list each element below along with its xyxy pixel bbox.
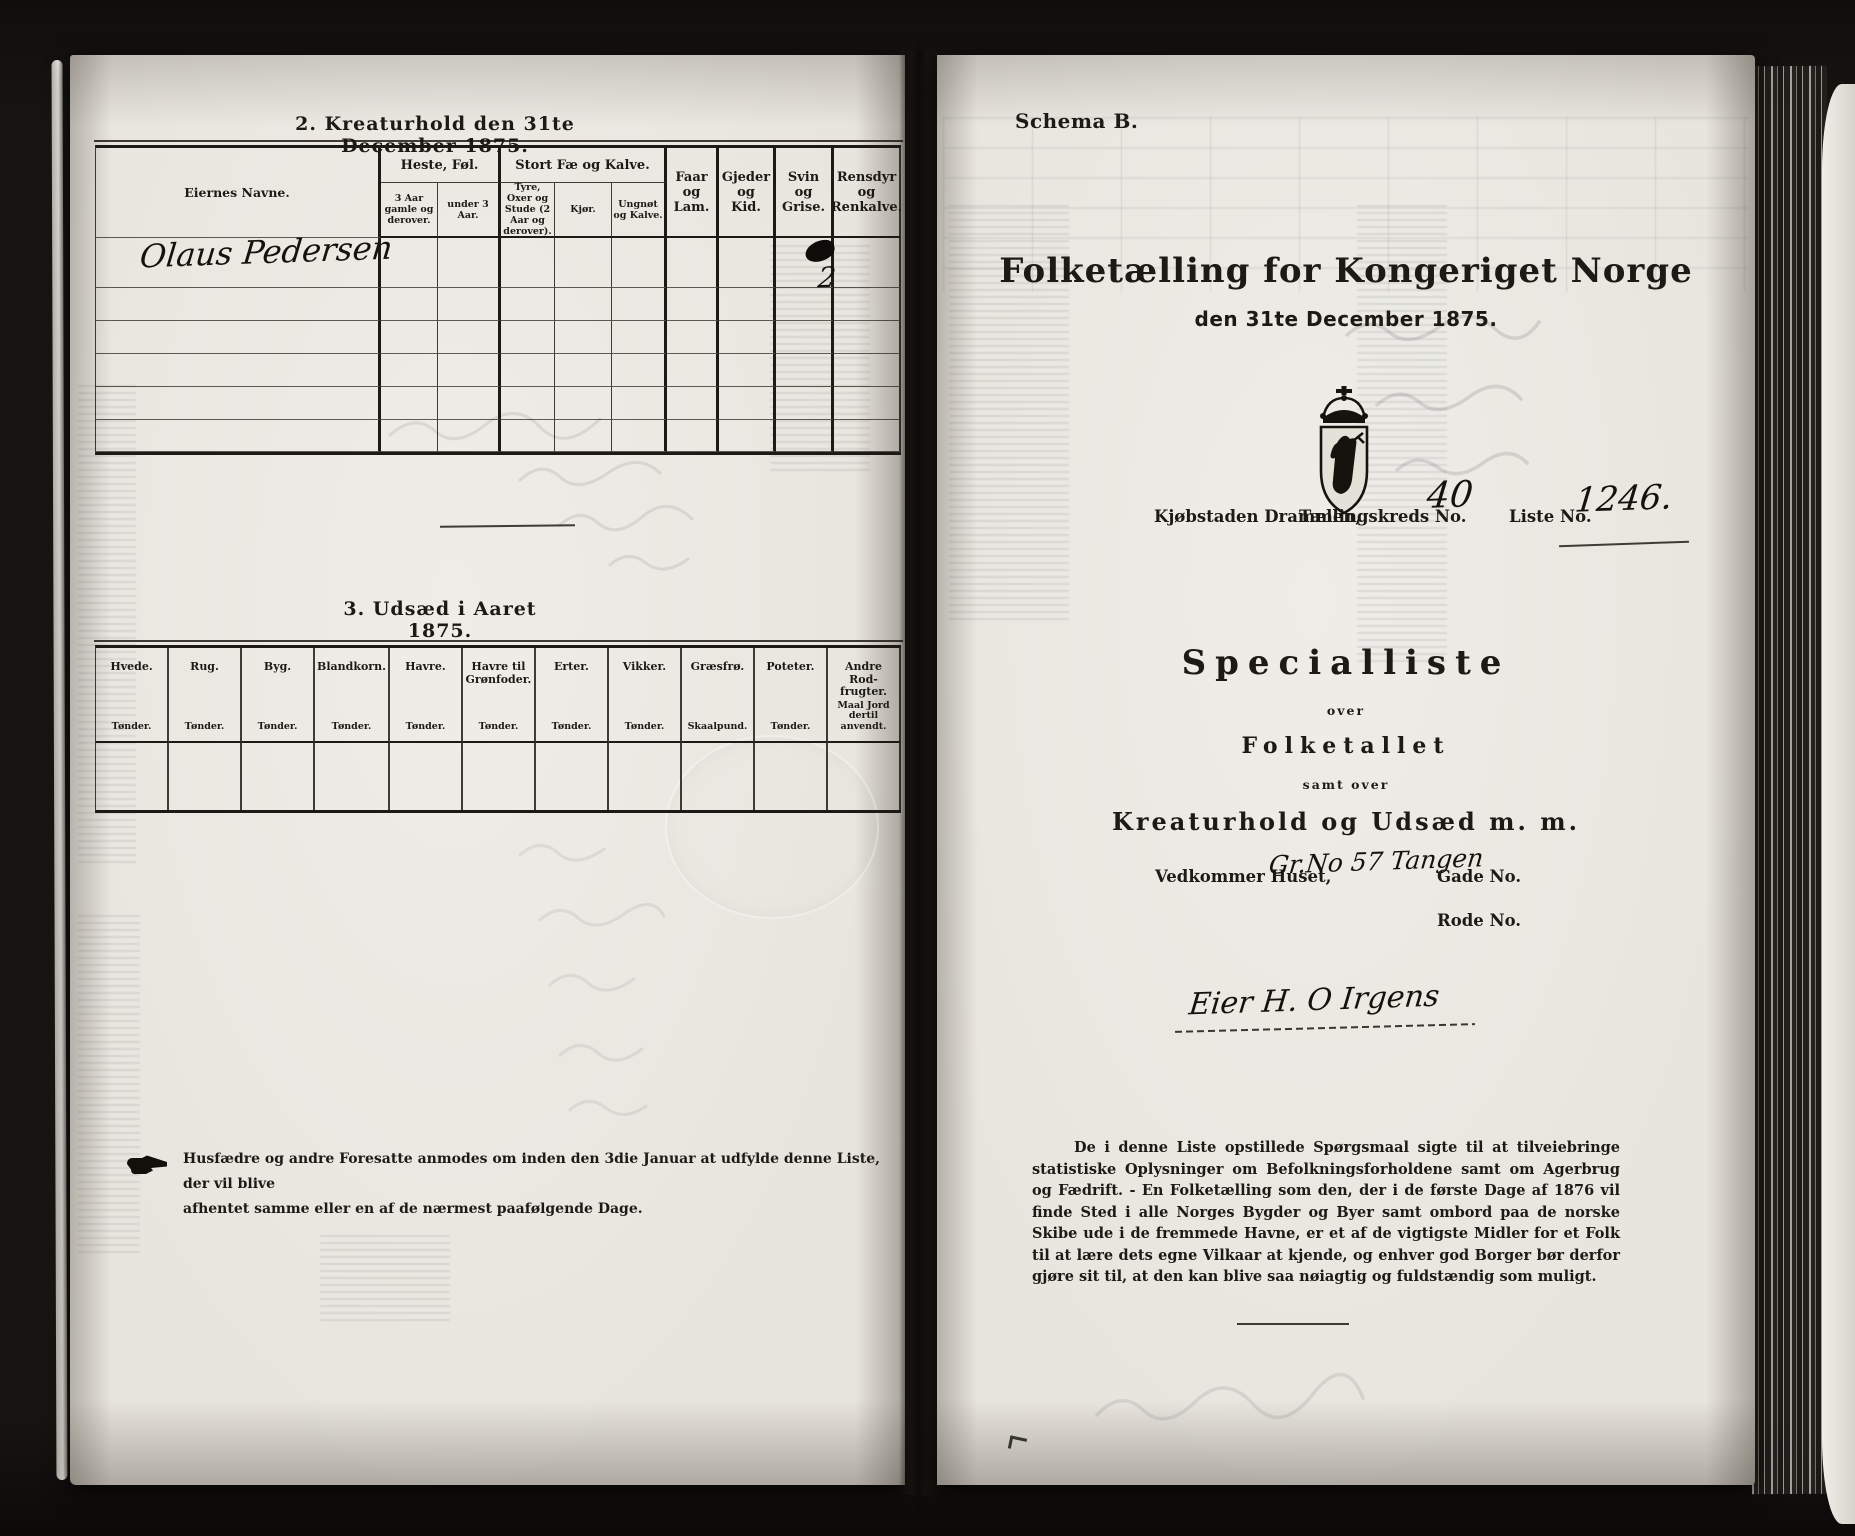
empty-cell bbox=[667, 354, 719, 387]
udsaed-header-vikker: Vikker.Tønder. bbox=[609, 648, 682, 743]
column-label: Græsfrø. bbox=[691, 661, 745, 674]
empty-cell bbox=[834, 321, 901, 354]
udsaed-table: Hvede.Tønder. Rug.Tønder. Byg.Tønder. Bl… bbox=[95, 645, 901, 813]
column-unit: Tønder. bbox=[185, 722, 225, 733]
empty-cell bbox=[612, 354, 667, 387]
empty-cell bbox=[609, 743, 682, 810]
column-label: Havre til Grønfoder. bbox=[465, 661, 532, 686]
column-group-fae: Stort Fæ og Kalve. bbox=[501, 148, 667, 183]
empty-cell bbox=[834, 354, 901, 387]
handwritten-owner-signature: Eier H. O Irgens bbox=[1187, 979, 1441, 1023]
column-label: Havre. bbox=[405, 661, 446, 674]
empty-cell bbox=[834, 420, 901, 452]
column-unit: Tønder. bbox=[258, 722, 298, 733]
column-label: Rug. bbox=[190, 661, 219, 674]
empty-cell bbox=[501, 420, 555, 452]
empty-cell bbox=[719, 420, 776, 452]
kreaturhold-udsaed-label: Kreaturhold og Udsæd m. m. bbox=[937, 807, 1755, 836]
udsaed-header-byg: Byg.Tønder. bbox=[242, 648, 315, 743]
udsaed-title: 3. Udsæd i Aaret 1875. bbox=[325, 598, 555, 642]
column-unit: Tønder. bbox=[112, 722, 152, 733]
column-label: Poteter. bbox=[766, 661, 814, 674]
empty-cell bbox=[501, 238, 555, 288]
udsaed-header-rug: Rug.Tønder. bbox=[169, 648, 242, 743]
left-page: 2. Kreaturhold den 31te December 1875. E… bbox=[70, 55, 905, 1485]
empty-cell bbox=[501, 354, 555, 387]
empty-cell bbox=[834, 238, 901, 288]
kreaturhold-table: Eiernes Navne. Heste, Føl. Stort Fæ og K… bbox=[95, 145, 901, 455]
empty-cell bbox=[381, 321, 438, 354]
book-page-edge-left bbox=[52, 60, 68, 1480]
empty-cell bbox=[719, 387, 776, 420]
empty-cell bbox=[834, 288, 901, 321]
column-header-gjeder: Gjeder og Kid. bbox=[719, 148, 776, 238]
empty-cell bbox=[667, 288, 719, 321]
column-unit: Tønder. bbox=[625, 722, 665, 733]
column-unit: Tønder. bbox=[771, 722, 811, 733]
udsaed-header-gronfoder: Havre til Grønfoder.Tønder. bbox=[463, 648, 536, 743]
empty-cell bbox=[438, 238, 501, 288]
bleed-through-mid-block bbox=[320, 1235, 450, 1325]
handwritten-district-number: 40 bbox=[1425, 474, 1475, 517]
empty-cell bbox=[463, 743, 536, 810]
handwritten-svin-count: 2 bbox=[816, 261, 837, 295]
specialliste-title: Specialliste bbox=[937, 643, 1755, 683]
footer-note-line2: afhentet samme eller en af de nærmest pa… bbox=[183, 1201, 643, 1217]
column-unit: Tønder. bbox=[406, 722, 446, 733]
column-header-owner: Eiernes Navne. bbox=[96, 148, 381, 238]
info-paragraph: De i denne Liste opstillede Spørgsmaal s… bbox=[1032, 1137, 1620, 1288]
gade-no-label: Gade No. bbox=[1437, 867, 1521, 886]
empty-cell bbox=[381, 387, 438, 420]
column-label: Byg. bbox=[264, 661, 291, 674]
empty-cell bbox=[96, 288, 381, 321]
closing-rule bbox=[1237, 1323, 1349, 1325]
empty-cell bbox=[612, 288, 667, 321]
empty-cell bbox=[501, 321, 555, 354]
empty-cell bbox=[438, 387, 501, 420]
empty-cell bbox=[96, 321, 381, 354]
census-subtitle: den 31te December 1875. bbox=[937, 307, 1755, 331]
scanned-census-document: { "colors": { "paper": "#e8e5de", "ink":… bbox=[0, 0, 1855, 1536]
empty-cell bbox=[719, 288, 776, 321]
handwritten-liste-number: 1246. bbox=[1573, 477, 1675, 521]
empty-cell bbox=[315, 743, 390, 810]
ghost-handwriting-bottom bbox=[1077, 1355, 1497, 1465]
column-label: Andre Rod- frugter. bbox=[830, 661, 897, 699]
empty-cell bbox=[536, 743, 609, 810]
udsaed-header-rodfrugter: Andre Rod- frugter.Maal Jord dertil anve… bbox=[828, 648, 901, 743]
column-header-svin: Svin og Grise. bbox=[776, 148, 834, 238]
empty-cell bbox=[776, 354, 834, 387]
column-label: Vikker. bbox=[623, 661, 666, 674]
empty-cell bbox=[555, 288, 612, 321]
empty-cell bbox=[555, 238, 612, 288]
subcolumn-ungnot-kalve: Ungnøt og Kalve. bbox=[612, 183, 667, 238]
column-header-faar: Faar og Lam. bbox=[667, 148, 719, 238]
column-label: Erter. bbox=[554, 661, 589, 674]
column-label: Blandkorn. bbox=[317, 661, 386, 674]
norway-coat-of-arms bbox=[1309, 385, 1379, 527]
manicule-pointing-hand-icon bbox=[125, 1155, 169, 1181]
empty-cell bbox=[438, 420, 501, 452]
empty-cell bbox=[755, 743, 828, 810]
empty-cell bbox=[776, 387, 834, 420]
folketallet-label: Folketallet bbox=[937, 733, 1755, 759]
empty-cell bbox=[438, 354, 501, 387]
empty-cell bbox=[667, 238, 719, 288]
empty-cell bbox=[719, 238, 776, 288]
empty-cell bbox=[776, 321, 834, 354]
book-spine-shadow bbox=[899, 50, 941, 1495]
empty-cell bbox=[667, 321, 719, 354]
empty-cell bbox=[381, 354, 438, 387]
empty-cell bbox=[612, 387, 667, 420]
column-unit: Maal Jord dertil anvendt. bbox=[830, 701, 897, 733]
empty-cell bbox=[555, 387, 612, 420]
udsaed-header-hvede: Hvede.Tønder. bbox=[96, 648, 169, 743]
empty-cell bbox=[169, 743, 242, 810]
column-label: Hvede. bbox=[110, 661, 152, 674]
schema-label: Schema B. bbox=[1015, 109, 1138, 133]
footer-note-line1: Husfædre og andre Foresatte anmodes om i… bbox=[183, 1151, 880, 1192]
empty-cell bbox=[381, 288, 438, 321]
empty-cell bbox=[555, 321, 612, 354]
empty-cell bbox=[834, 387, 901, 420]
empty-cell bbox=[438, 321, 501, 354]
empty-cell bbox=[555, 354, 612, 387]
bleed-through-left-margin-lower bbox=[78, 915, 140, 1255]
empty-cell bbox=[96, 387, 381, 420]
empty-cell bbox=[96, 743, 169, 810]
empty-cell bbox=[242, 743, 315, 810]
ghost-handwriting-lower bbox=[400, 825, 820, 1125]
samt-over-label: samt over bbox=[937, 777, 1755, 792]
empty-cell bbox=[438, 288, 501, 321]
ink-corner-mark bbox=[1008, 1435, 1027, 1451]
empty-cell bbox=[96, 354, 381, 387]
empty-cell bbox=[381, 420, 438, 452]
udsaed-header-poteter: Poteter.Tønder. bbox=[755, 648, 828, 743]
empty-cell bbox=[501, 387, 555, 420]
rode-no-label: Rode No. bbox=[1437, 911, 1521, 930]
column-header-rensdyr: Rensdyr og Renkalve. bbox=[834, 148, 901, 238]
column-unit: Tønder. bbox=[552, 722, 592, 733]
census-title: Folketælling for Kongeriget Norge bbox=[937, 251, 1755, 291]
empty-cell bbox=[612, 321, 667, 354]
subcolumn-kjor: Kjør. bbox=[555, 183, 612, 238]
column-unit: Skaalpund. bbox=[688, 722, 748, 733]
fanned-page-edges bbox=[1752, 66, 1827, 1495]
liste-number-underline bbox=[1559, 541, 1689, 548]
empty-cell bbox=[776, 420, 834, 452]
udsaed-header-havre: Havre.Tønder. bbox=[390, 648, 463, 743]
right-page: Schema B. Folketælling for Kongeriget No… bbox=[937, 55, 1755, 1485]
book-page-edge-right bbox=[1822, 84, 1855, 1524]
empty-cell bbox=[667, 420, 719, 452]
column-unit: Tønder. bbox=[479, 722, 519, 733]
udsaed-header-erter: Erter.Tønder. bbox=[536, 648, 609, 743]
empty-cell bbox=[612, 238, 667, 288]
column-unit: Tønder. bbox=[332, 722, 372, 733]
empty-cell bbox=[719, 354, 776, 387]
empty-cell bbox=[501, 288, 555, 321]
udsaed-header-graesfro: Græsfrø.Skaalpund. bbox=[682, 648, 755, 743]
signature-underline bbox=[1175, 1023, 1475, 1033]
over-label: over bbox=[937, 703, 1755, 718]
empty-cell bbox=[828, 743, 901, 810]
empty-cell bbox=[555, 420, 612, 452]
empty-cell bbox=[719, 321, 776, 354]
empty-cell bbox=[390, 743, 463, 810]
subcolumn-tyre-oxer: Tyre, Oxer og Stude (2 Aar og derover). bbox=[501, 183, 555, 238]
column-group-heste: Heste, Føl. bbox=[381, 148, 501, 183]
empty-cell bbox=[682, 743, 755, 810]
udsaed-header-blandkorn: Blandkorn.Tønder. bbox=[315, 648, 390, 743]
subcolumn-heste-under3: under 3 Aar. bbox=[438, 183, 501, 238]
footer-note: Husfædre og andre Foresatte anmodes om i… bbox=[183, 1147, 883, 1222]
empty-cell bbox=[96, 420, 381, 452]
empty-cell bbox=[667, 387, 719, 420]
empty-cell bbox=[612, 420, 667, 452]
